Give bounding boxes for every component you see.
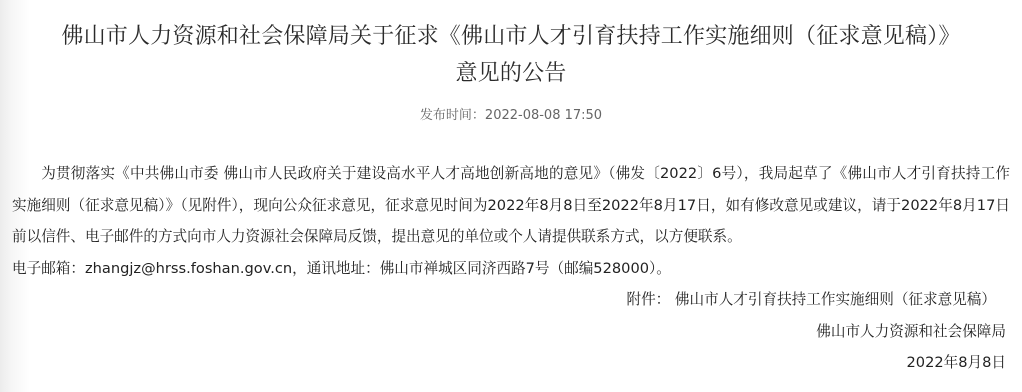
postal-address: 佛山市禅城区同济西路7号（邮编528000）。 (380, 260, 671, 277)
email-address[interactable]: zhangjz@hrss.foshan.gov.cn (85, 260, 292, 277)
attachment-line: 附件： 佛山市人才引育扶持工作实施细则（征求意见稿） (12, 284, 1010, 316)
article-title: 佛山市人力资源和社会保障局关于征求《佛山市人才引育扶持工作实施细则（征求意见稿）… (0, 18, 1022, 92)
body-paragraph: 为贯彻落实《中共佛山市委 佛山市人民政府关于建设高水平人才高地创新高地的意见》（… (12, 158, 1010, 253)
publish-time: 2022-08-08 17:50 (485, 108, 602, 123)
email-label: 电子邮箱： (12, 260, 85, 277)
signature-date: 2022年8月8日 (12, 347, 1010, 379)
publish-info: 发布时间：2022-08-08 17:50 (0, 104, 1022, 123)
attachment-link[interactable]: 佛山市人才引育扶持工作实施细则（征求意见稿） (675, 291, 996, 308)
contact-line: 电子邮箱：zhangjz@hrss.foshan.gov.cn，通讯地址：佛山市… (12, 253, 1010, 285)
address-label: ，通讯地址： (292, 260, 380, 277)
signature-org: 佛山市人力资源和社会保障局 (12, 316, 1010, 348)
article-title-line2: 意见的公告 (0, 55, 1022, 92)
attachment-label: 附件： (626, 291, 670, 308)
article-body: 为贯彻落实《中共佛山市委 佛山市人民政府关于建设高水平人才高地创新高地的意见》（… (12, 158, 1010, 379)
publish-label: 发布时间： (420, 108, 485, 123)
article-title-line1: 佛山市人力资源和社会保障局关于征求《佛山市人才引育扶持工作实施细则（征求意见稿）… (0, 18, 1022, 55)
